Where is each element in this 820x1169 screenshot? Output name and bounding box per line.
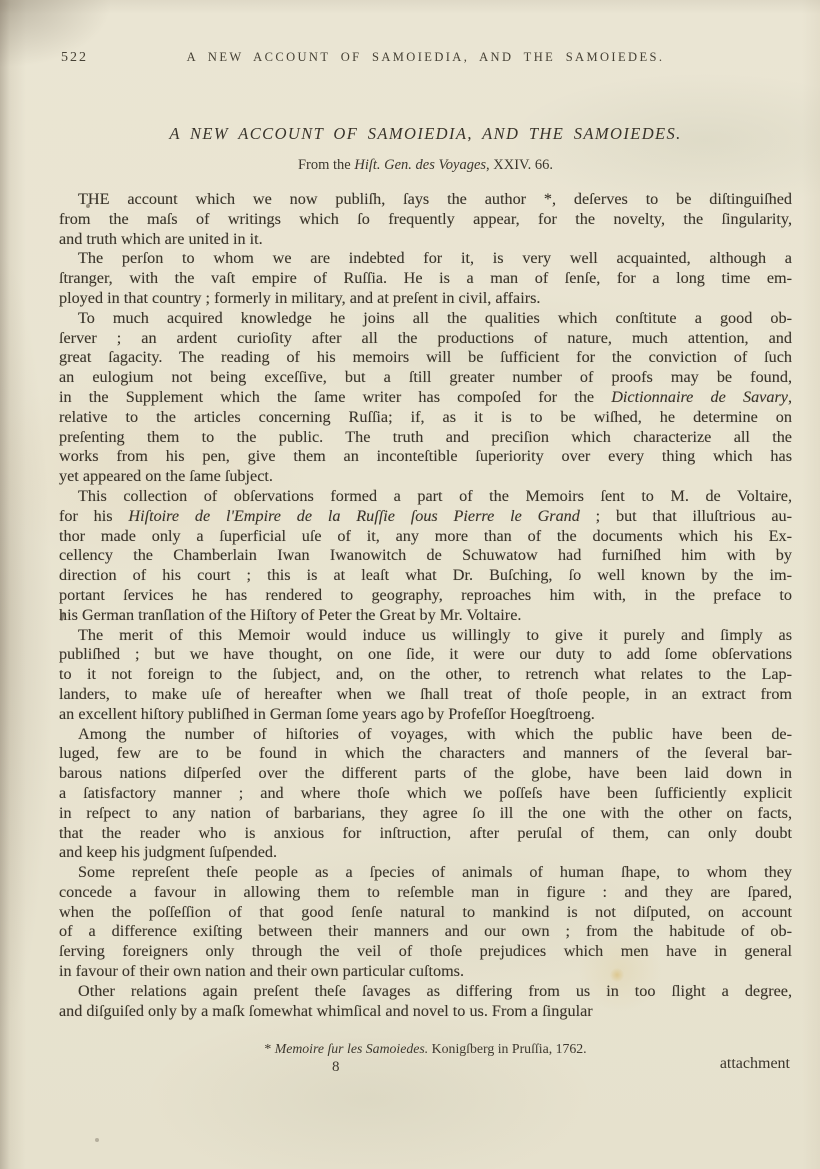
signature-mark: 8 [332, 1059, 340, 1076]
article-body: THE account which we now publiſh, ſays t… [59, 190, 792, 1021]
text-run: and diſguiſed only by a maſk ſomewhat wh… [59, 1002, 593, 1020]
text-line: Some repreſent theſe people as a ſpecies… [59, 863, 792, 883]
text-run: great ſagacity. The reading of his memoi… [59, 348, 792, 366]
text-run: Among the number of hiſtories of voyages… [78, 725, 792, 743]
text-line: barous nations diſperſed over the differ… [59, 764, 792, 784]
article-title: A NEW ACCOUNT OF SAMOIEDIA, AND THE SAMO… [59, 124, 792, 144]
text-run: Other relations again preſent theſe ſava… [78, 982, 792, 1000]
text-line: THE account which we now publiſh, ſays t… [59, 190, 792, 210]
footnote-marker: * [264, 1041, 274, 1056]
text-run: ſerver ; an ardent curioſity after all t… [59, 329, 792, 347]
text-run: Some repreſent theſe people as a ſpecies… [78, 863, 792, 881]
text-line: in reſpect to any nation of barbarians, … [59, 804, 792, 824]
text-run: , [788, 388, 792, 406]
text-line: landers, to make uſe of hereafter when w… [59, 685, 792, 705]
text-run: barous nations diſperſed over the differ… [59, 764, 792, 782]
text-run: and truth which are united in it. [59, 230, 263, 248]
italic-run: Hiſtoire de l'Empire de la Ruſſie ſous P… [128, 507, 579, 525]
text-line: in favour of their own nation and their … [59, 962, 792, 982]
catchword: attachment [720, 1055, 790, 1073]
text-run: for his [59, 507, 128, 525]
text-line: ſtranger, with the vaſt empire of Ruſſia… [59, 269, 792, 289]
text-run: preſenting them to the public. The truth… [59, 428, 792, 446]
running-title: A NEW ACCOUNT OF SAMOIEDIA, AND THE SAMO… [59, 50, 792, 65]
text-line: and keep his judgment ſuſpended. [59, 843, 792, 863]
source-citation: From the Hiſt. Gen. des Voyages, XXIV. 6… [59, 157, 792, 174]
text-run: thor made only a ſuperficial uſe of it, … [59, 527, 792, 545]
text-line: of a difference exiſting between their m… [59, 922, 792, 942]
text-run: To much acquired knowledge he joins all … [78, 309, 792, 327]
text-run: landers, to make uſe of hereafter when w… [59, 685, 792, 703]
text-line: Other relations again preſent theſe ſava… [59, 982, 792, 1002]
text-run: to it not foreign to the ſubject, and, o… [59, 665, 792, 683]
text-run: that the reader who is anxious for inſtr… [59, 824, 792, 842]
text-line: an eulogium not being exceſſive, but a ſ… [59, 368, 792, 388]
text-run: and keep his judgment ſuſpended. [59, 843, 277, 861]
page-number: 522 [61, 50, 88, 66]
source-prefix: From the [298, 157, 354, 173]
text-line: portant ſervices he has rendered to geog… [59, 586, 792, 606]
text-line: for his Hiſtoire de l'Empire de la Ruſſi… [59, 507, 792, 527]
text-line: direction of his court ; this is at leaſ… [59, 566, 792, 586]
text-line: and truth which are united in it. [59, 230, 792, 250]
footnote-work-title: Memoire ſur les Samoiedes. [275, 1041, 429, 1056]
book-page-scan: 522 A NEW ACCOUNT OF SAMOIEDIA, AND THE … [0, 0, 820, 1169]
italic-run: Dictionnaire de Savary [611, 388, 788, 406]
text-line: an excellent hiſtory publiſhed in German… [59, 705, 792, 725]
text-run: direction of his court ; this is at leaſ… [59, 566, 792, 584]
text-line: from the maſs of writings which ſo frequ… [59, 210, 792, 230]
text-line: The perſon to whom we are indebted for i… [59, 249, 792, 269]
text-run: of a difference exiſting between their m… [59, 922, 792, 940]
text-run: The merit of this Memoir would induce us… [78, 626, 792, 644]
text-run: in favour of their own nation and their … [59, 962, 464, 980]
text-line: and diſguiſed only by a maſk ſomewhat wh… [59, 1002, 792, 1022]
text-run: luged, few are to be found in which the … [59, 744, 792, 762]
source-suffix: , XXIV. 66. [486, 157, 553, 173]
text-run: THE account which we now publiſh, ſays t… [78, 190, 792, 208]
text-line: cellency the Chamberlain Iwan Iwanowitch… [59, 546, 792, 566]
text-run: ; but that illuſtrious au- [580, 507, 792, 525]
text-line: that the reader who is anxious for inſtr… [59, 824, 792, 844]
text-line: great ſagacity. The reading of his memoi… [59, 348, 792, 368]
ink-fleck-artifact [95, 1138, 99, 1142]
text-line: publiſhed ; but we have thought, on one … [59, 645, 792, 665]
text-line: thor made only a ſuperficial uſe of it, … [59, 527, 792, 547]
text-run: when the poſſeſſion of that good ſenſe n… [59, 903, 792, 921]
text-line: To much acquired knowledge he joins all … [59, 309, 792, 329]
text-run: a ſatisfactory manner ; and where thoſe … [59, 784, 792, 802]
text-line: preſenting them to the public. The truth… [59, 428, 792, 448]
text-run: in the Supplement which the ſame writer … [59, 388, 611, 406]
text-run: This collection of obſervations formed a… [78, 487, 792, 505]
text-line: ſerving foreigners only through the veil… [59, 942, 792, 962]
text-line: This collection of obſervations formed a… [59, 487, 792, 507]
text-run: in reſpect to any nation of barbarians, … [59, 804, 792, 822]
text-line: in the Supplement which the ſame writer … [59, 388, 792, 408]
text-run: publiſhed ; but we have thought, on one … [59, 645, 792, 663]
text-run: concede a favour in allowing them to reſ… [59, 883, 792, 901]
text-run: ſerving foreigners only through the veil… [59, 942, 792, 960]
text-run: portant ſervices he has rendered to geog… [59, 586, 792, 604]
text-line: when the poſſeſſion of that good ſenſe n… [59, 903, 792, 923]
source-work-title: Hiſt. Gen. des Voyages [354, 157, 486, 173]
text-line: his German tranſlation of the Hiſtory of… [59, 606, 792, 626]
text-line: yet appeared on the ſame ſubject. [59, 467, 792, 487]
text-run: yet appeared on the ſame ſubject. [59, 467, 273, 485]
text-line: ployed in that country ; formerly in mil… [59, 289, 792, 309]
ink-fleck-artifact [86, 204, 90, 208]
text-line: Among the number of hiſtories of voyages… [59, 725, 792, 745]
footnote-imprint: Konigſberg in Pruſſia, 1762. [428, 1041, 586, 1056]
text-line: to it not foreign to the ſubject, and, o… [59, 665, 792, 685]
text-run: an excellent hiſtory publiſhed in German… [59, 705, 595, 723]
text-line: The merit of this Memoir would induce us… [59, 626, 792, 646]
text-run: The perſon to whom we are indebted for i… [78, 249, 792, 267]
text-run: ployed in that country ; formerly in mil… [59, 289, 540, 307]
text-run: relative to the articles concerning Ruſſ… [59, 408, 792, 426]
text-line: ſerver ; an ardent curioſity after all t… [59, 329, 792, 349]
text-line: luged, few are to be found in which the … [59, 744, 792, 764]
text-run: from the maſs of writings which ſo frequ… [59, 210, 792, 228]
text-run: an eulogium not being exceſſive, but a ſ… [59, 368, 792, 386]
text-line: a ſatisfactory manner ; and where thoſe … [59, 784, 792, 804]
text-run: ſtranger, with the vaſt empire of Ruſſia… [59, 269, 792, 287]
text-line: relative to the articles concerning Ruſſ… [59, 408, 792, 428]
page-header: 522 A NEW ACCOUNT OF SAMOIEDIA, AND THE … [59, 50, 792, 68]
text-run: cellency the Chamberlain Iwan Iwanowitch… [59, 546, 792, 564]
text-run: works from his pen, give them an inconte… [59, 447, 792, 465]
text-line: concede a favour in allowing them to reſ… [59, 883, 792, 903]
text-run: his German tranſlation of the Hiſtory of… [59, 606, 521, 624]
footnote: * Memoire ſur les Samoiedes. Konigſberg … [59, 1041, 792, 1057]
text-line: works from his pen, give them an inconte… [59, 447, 792, 467]
